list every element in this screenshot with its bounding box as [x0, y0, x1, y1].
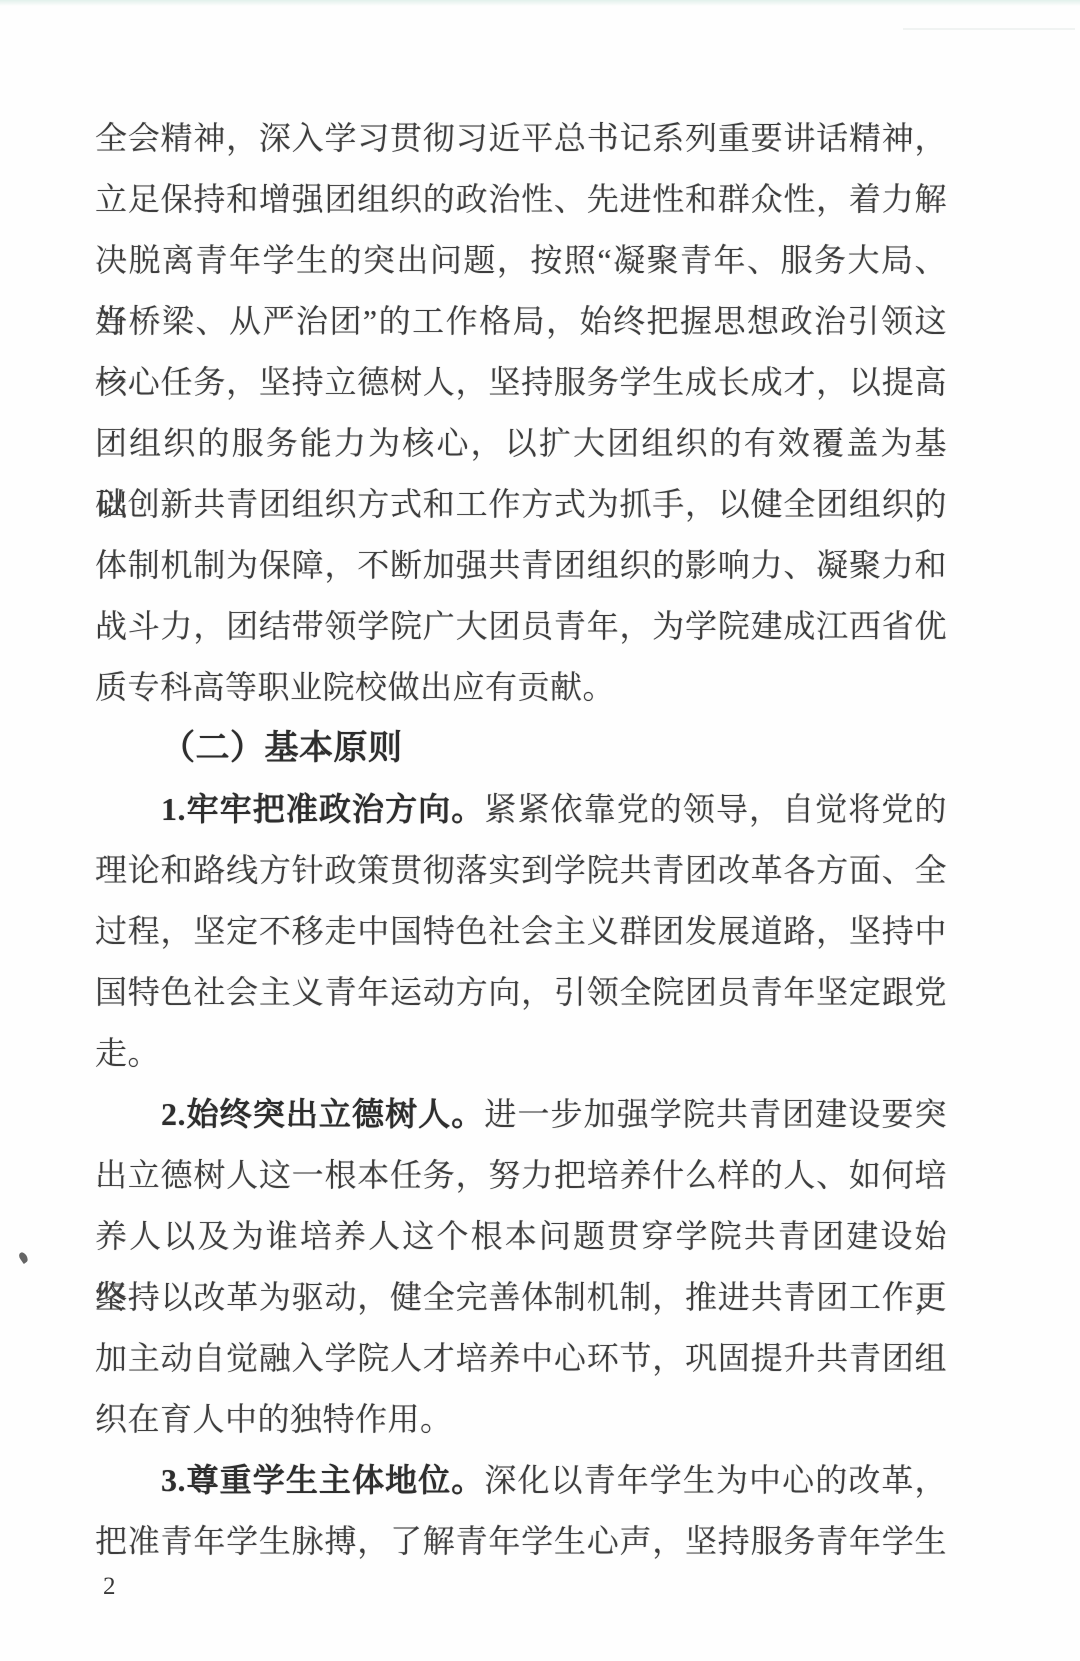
- text-line: 好桥梁、从严治团”的工作格局，始终把握思想政治引领这一: [95, 291, 947, 352]
- text-line: 织在育人中的独特作用。: [95, 1389, 947, 1450]
- text-line: 体制机制为保障，不断加强共青团组织的影响力、凝聚力和: [95, 535, 947, 596]
- text-line: 把准青年学生脉搏，了解青年学生心声，坚持服务青年学生: [95, 1511, 947, 1572]
- section-heading: （二）基本原则: [95, 718, 947, 779]
- text-lines: 全会精神，深入学习贯彻习近平总书记系列重要讲话精神，立足保持和增强团组织的政治性…: [95, 108, 947, 1572]
- text-line: 国特色社会主义青年运动方向，引领全院团员青年坚定跟党: [95, 962, 947, 1023]
- text-run: 把准青年学生脉搏，了解青年学生心声，坚持服务青年学生: [95, 1523, 947, 1559]
- text-run: 战斗力，团结带领学院广大团员青年，为学院建成江西省优: [95, 608, 947, 644]
- scan-top-edge-tint: [0, 0, 1080, 6]
- text-line: 决脱离青年学生的突出问题，按照“凝聚青年、服务大局、当: [95, 230, 947, 291]
- text-line: 养人以及为谁培养人这个根本问题贯穿学院共青团建设始终，: [95, 1206, 947, 1267]
- scan-hairline-artifact: [903, 28, 1075, 30]
- text-run: 进一步加强学院共青团建设要突: [484, 1096, 947, 1132]
- text-run: 过程，坚定不移走中国特色社会主义群团发展道路，坚持中: [95, 913, 947, 949]
- text-line: 战斗力，团结带领学院广大团员青年，为学院建成江西省优: [95, 596, 947, 657]
- page-number: 2: [103, 1572, 116, 1602]
- text-line: 3.尊重学生主体地位。深化以青年学生为中心的改革，: [95, 1450, 947, 1511]
- bold-run: 2.始终突出立德树人。: [161, 1096, 484, 1132]
- text-run: 坚持以改革为驱动，健全完善体制机制，推进共青团工作更: [95, 1279, 947, 1315]
- text-run: 立足保持和增强团组织的政治性、先进性和群众性，着力解: [95, 181, 947, 217]
- text-line: 全会精神，深入学习贯彻习近平总书记系列重要讲话精神，: [95, 108, 947, 169]
- text-line: 1.牢牢把准政治方向。紧紧依靠党的领导，自觉将党的: [95, 779, 947, 840]
- text-run: 织在育人中的独特作用。: [95, 1401, 453, 1437]
- text-run: 体制机制为保障，不断加强共青团组织的影响力、凝聚力和: [95, 547, 947, 583]
- document-page: 全会精神，深入学习贯彻习近平总书记系列重要讲话精神，立足保持和增强团组织的政治性…: [0, 0, 1080, 1661]
- text-line: 理论和路线方针政策贯彻落实到学院共青团改革各方面、全: [95, 840, 947, 901]
- text-line: 2.始终突出立德树人。进一步加强学院共青团建设要突: [95, 1084, 947, 1145]
- bold-run: （二）基本原则: [161, 730, 403, 767]
- text-run: 核心任务，坚持立德树人，坚持服务学生成长成才，以提高: [95, 364, 947, 400]
- bold-run: 3.尊重学生主体地位。: [161, 1462, 484, 1498]
- text-line: 坚持以改革为驱动，健全完善体制机制，推进共青团工作更: [95, 1267, 947, 1328]
- text-run: 走。: [95, 1035, 160, 1071]
- scan-speck-artifact: [17, 1251, 29, 1264]
- text-line: 以创新共青团组织方式和工作方式为抓手，以健全团组织的: [95, 474, 947, 535]
- text-line: 质专科高等职业院校做出应有贡献。: [95, 657, 947, 718]
- text-line: 核心任务，坚持立德树人，坚持服务学生成长成才，以提高: [95, 352, 947, 413]
- text-run: 国特色社会主义青年运动方向，引领全院团员青年坚定跟党: [95, 974, 947, 1010]
- text-line: 过程，坚定不移走中国特色社会主义群团发展道路，坚持中: [95, 901, 947, 962]
- text-run: 以创新共青团组织方式和工作方式为抓手，以健全团组织的: [95, 486, 947, 522]
- text-run: 紧紧依靠党的领导，自觉将党的: [484, 791, 947, 827]
- text-line: 加主动自觉融入学院人才培养中心环节，巩固提升共青团组: [95, 1328, 947, 1389]
- text-run: 深化以青年学生为中心的改革，: [484, 1462, 947, 1498]
- bold-run: 1.牢牢把准政治方向。: [161, 791, 484, 827]
- text-run: 质专科高等职业院校做出应有贡献。: [95, 669, 615, 705]
- text-line: 出立德树人这一根本任务，努力把培养什么样的人、如何培: [95, 1145, 947, 1206]
- text-line: 团组织的服务能力为核心，以扩大团组织的有效覆盖为基础，: [95, 413, 947, 474]
- text-run: 全会精神，深入学习贯彻习近平总书记系列重要讲话精神，: [95, 120, 947, 156]
- text-run: 加主动自觉融入学院人才培养中心环节，巩固提升共青团组: [95, 1340, 947, 1376]
- text-run: 出立德树人这一根本任务，努力把培养什么样的人、如何培: [95, 1157, 947, 1193]
- text-run: 理论和路线方针政策贯彻落实到学院共青团改革各方面、全: [95, 852, 947, 888]
- text-line: 走。: [95, 1023, 947, 1084]
- text-line: 立足保持和增强团组织的政治性、先进性和群众性，着力解: [95, 169, 947, 230]
